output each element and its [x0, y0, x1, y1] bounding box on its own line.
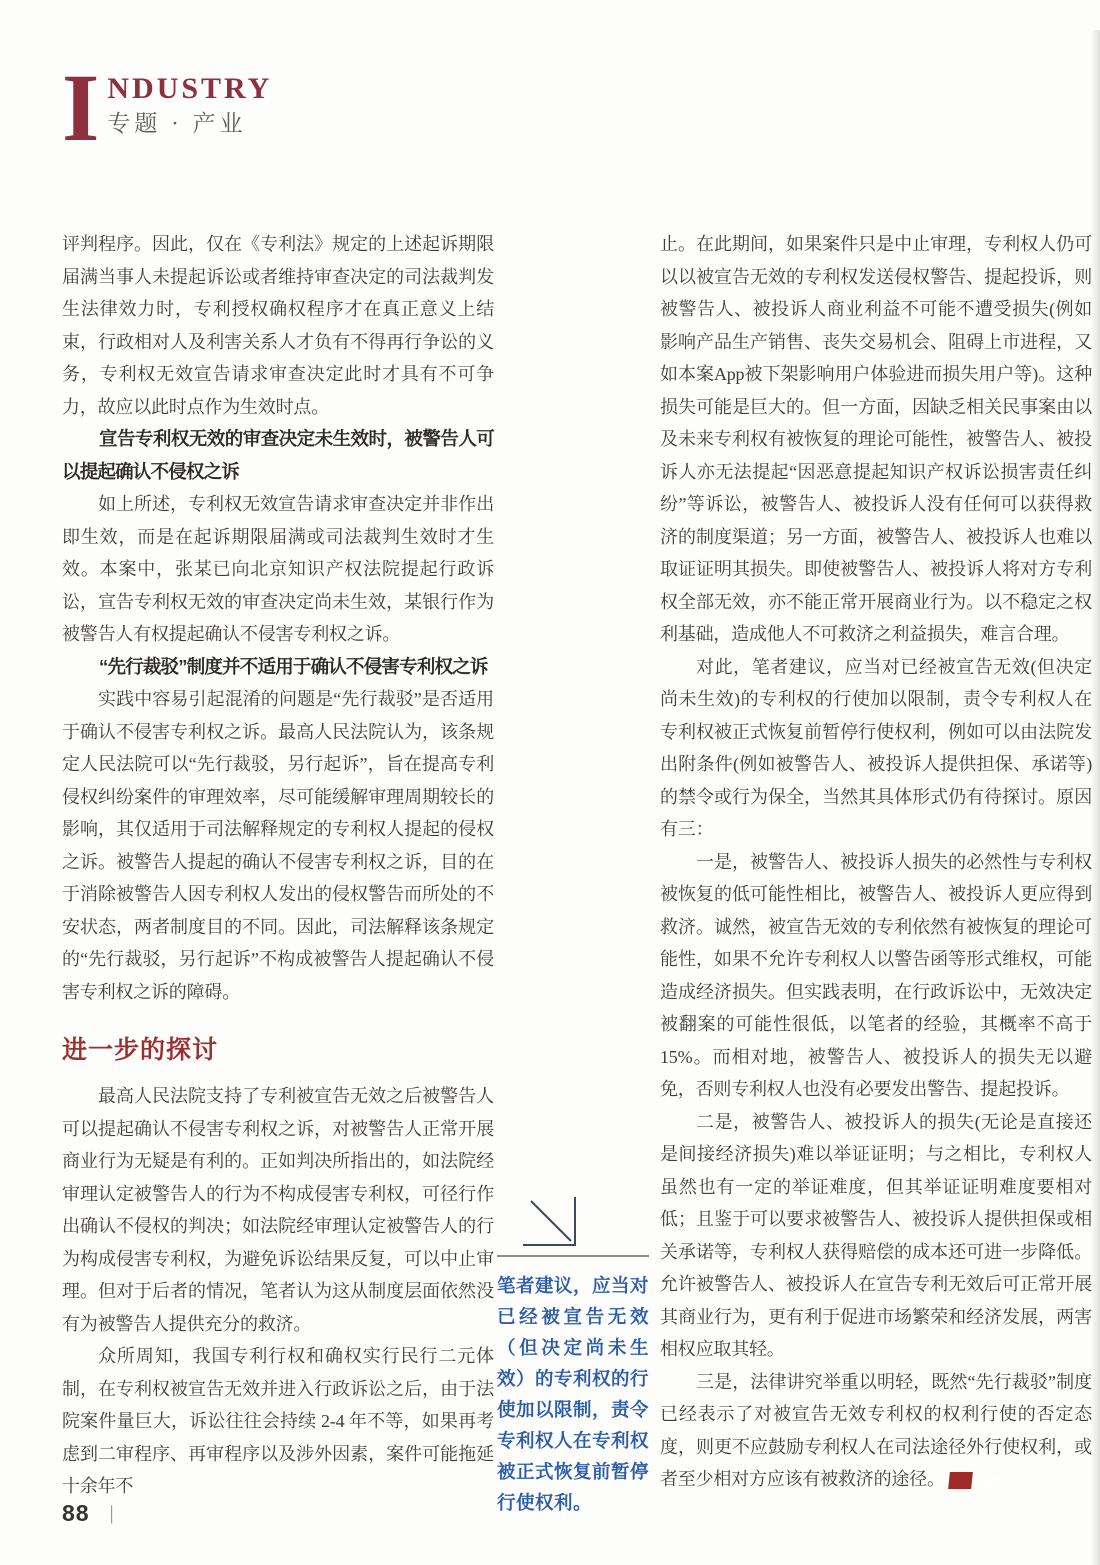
masthead-initial: I	[62, 70, 99, 146]
section-heading-further-discussion: 进一步的探讨	[62, 1035, 494, 1065]
paragraph: 最高人民法院支持了专利被宣告无效之后被警告人可以提起确认不侵害专利权之诉，对被警…	[62, 1080, 494, 1340]
subheading-prior-dismissal: “先行裁驳”制度并不适用于确认不侵害专利权之诉	[62, 651, 494, 684]
paragraph-text: 三是，法律讲究举重以明轻，既然“先行裁驳”制度已经表示了对被宣告无效专利权的权利…	[660, 1372, 1092, 1490]
right-column: 止。在此期间，如果案件只是中止审理，专利权人仍可以以被宣告无效的专利权发送侵权警…	[660, 228, 1092, 1496]
pull-quote-rule	[497, 1255, 649, 1257]
corner-arrow-icon	[519, 1195, 583, 1251]
masthead-title: NDUSTRY	[107, 74, 272, 104]
paragraph-final: 三是，法律讲究举重以明轻，既然“先行裁驳”制度已经表示了对被宣告无效专利权的权利…	[660, 1366, 1092, 1496]
paragraph-continued: 止。在此期间，如果案件只是中止审理，专利权人仍可以以被宣告无效的专利权发送侵权警…	[660, 228, 1092, 651]
pull-quote-text: 笔者建议，应当对已经被宣告无效（但决定尚未生效）的专利权的行使加以限制，责令专利…	[497, 1270, 649, 1518]
subheading-confirm-noninfringement: 宣告专利权无效的审查决定未生效时，被警告人可以提起确认不侵权之诉	[62, 423, 494, 488]
paragraph: 对此，笔者建议，应当对已经被宣告无效(但决定尚未生效)的专利权的行使加以限制，责…	[660, 651, 1092, 846]
masthead-section-label: 专题 · 产业	[107, 111, 272, 137]
magazine-page: I NDUSTRY 专题 · 产业 评判程序。因此，仅在《专利法》规定的上述起诉…	[0, 0, 1100, 1565]
page-footer: 88 |	[62, 1500, 114, 1527]
paragraph: 一是，被警告人、被投诉人损失的必然性与专利权被恢复的低可能性相比，被警告人、被投…	[660, 846, 1092, 1106]
paragraph-continued: 评判程序。因此，仅在《专利法》规定的上述起诉期限届满当事人未提起诉讼或者维持审查…	[62, 228, 494, 423]
page-edge-shadow	[1091, 30, 1100, 1565]
paragraph: 众所周知，我国专利行权和确权实行民行二元体制，在专利权被宣告无效并进入行政诉讼之…	[62, 1340, 494, 1503]
ip-end-mark: IP	[948, 1472, 973, 1489]
masthead-text-block: NDUSTRY 专题 · 产业	[107, 70, 272, 137]
pull-quote: 笔者建议，应当对已经被宣告无效（但决定尚未生效）的专利权的行使加以限制，责令专利…	[497, 1195, 649, 1518]
paragraph: 实践中容易引起混淆的问题是“先行裁驳”是否适用于确认不侵害专利权之诉。最高人民法…	[62, 683, 494, 1008]
paragraph: 二是，被警告人、被投诉人的损失(无论是直接还是间接经济损失)难以举证证明；与之相…	[660, 1106, 1092, 1366]
paragraph: 如上所述，专利权无效宣告请求审查决定并非作出即生效，而是在起诉期限届满或司法裁判…	[62, 488, 494, 651]
page-number-divider: |	[110, 1502, 114, 1525]
page-number: 88	[62, 1500, 90, 1527]
masthead: I NDUSTRY 专题 · 产业	[62, 70, 272, 146]
left-column: 评判程序。因此，仅在《专利法》规定的上述起诉期限届满当事人未提起诉讼或者维持审查…	[62, 228, 494, 1503]
